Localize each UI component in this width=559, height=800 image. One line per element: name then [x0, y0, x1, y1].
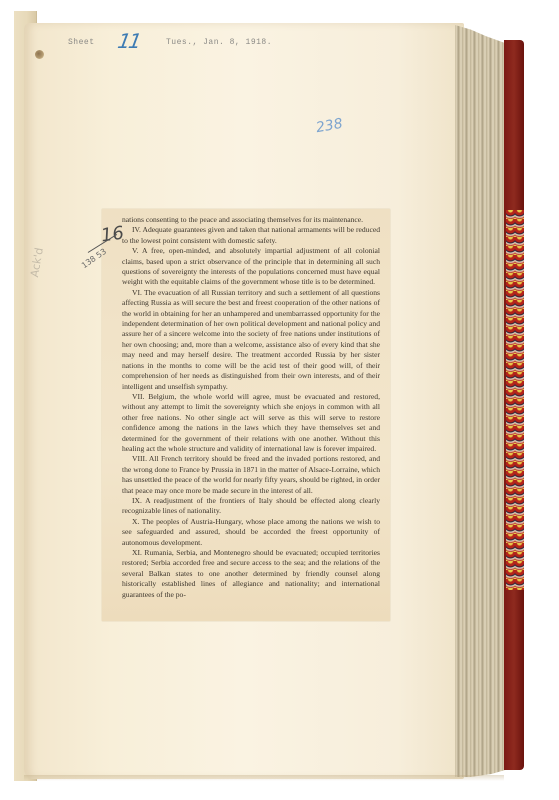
paragraph-vii: VII. Belgium, the whole world will agree… — [122, 392, 380, 454]
clipping-text: nations consenting to the peace and asso… — [122, 215, 380, 600]
sheet-label: Sheet — [68, 38, 95, 47]
paragraph-intro: nations consenting to the peace and asso… — [122, 215, 380, 225]
paragraph-x: X. The peoples of Austria-Hungary, whose… — [122, 517, 380, 548]
newspaper-clipping: nations consenting to the peace and asso… — [102, 209, 390, 621]
paragraph-xi: XI. Rumania, Serbia, and Montenegro shou… — [122, 548, 380, 600]
paragraph-v: V. A free, open-minded, and absolutely i… — [122, 246, 380, 288]
paragraph-iv: IV. Adequate guarantees given and taken … — [122, 225, 380, 246]
sheet-number: 11 — [116, 29, 142, 53]
binding-hole — [35, 50, 44, 59]
marbled-endpaper — [506, 210, 524, 590]
header-date: Tues., Jan. 8, 1918. — [166, 38, 272, 47]
paragraph-viii: VIII. All French territory should be fre… — [122, 454, 380, 496]
paragraph-ix: IX. A readjustment of the frontiers of I… — [122, 496, 380, 517]
page-fore-edge — [455, 25, 507, 777]
paragraph-vi: VI. The evacuation of all Russian territ… — [122, 288, 380, 392]
page-shadow — [24, 775, 504, 781]
